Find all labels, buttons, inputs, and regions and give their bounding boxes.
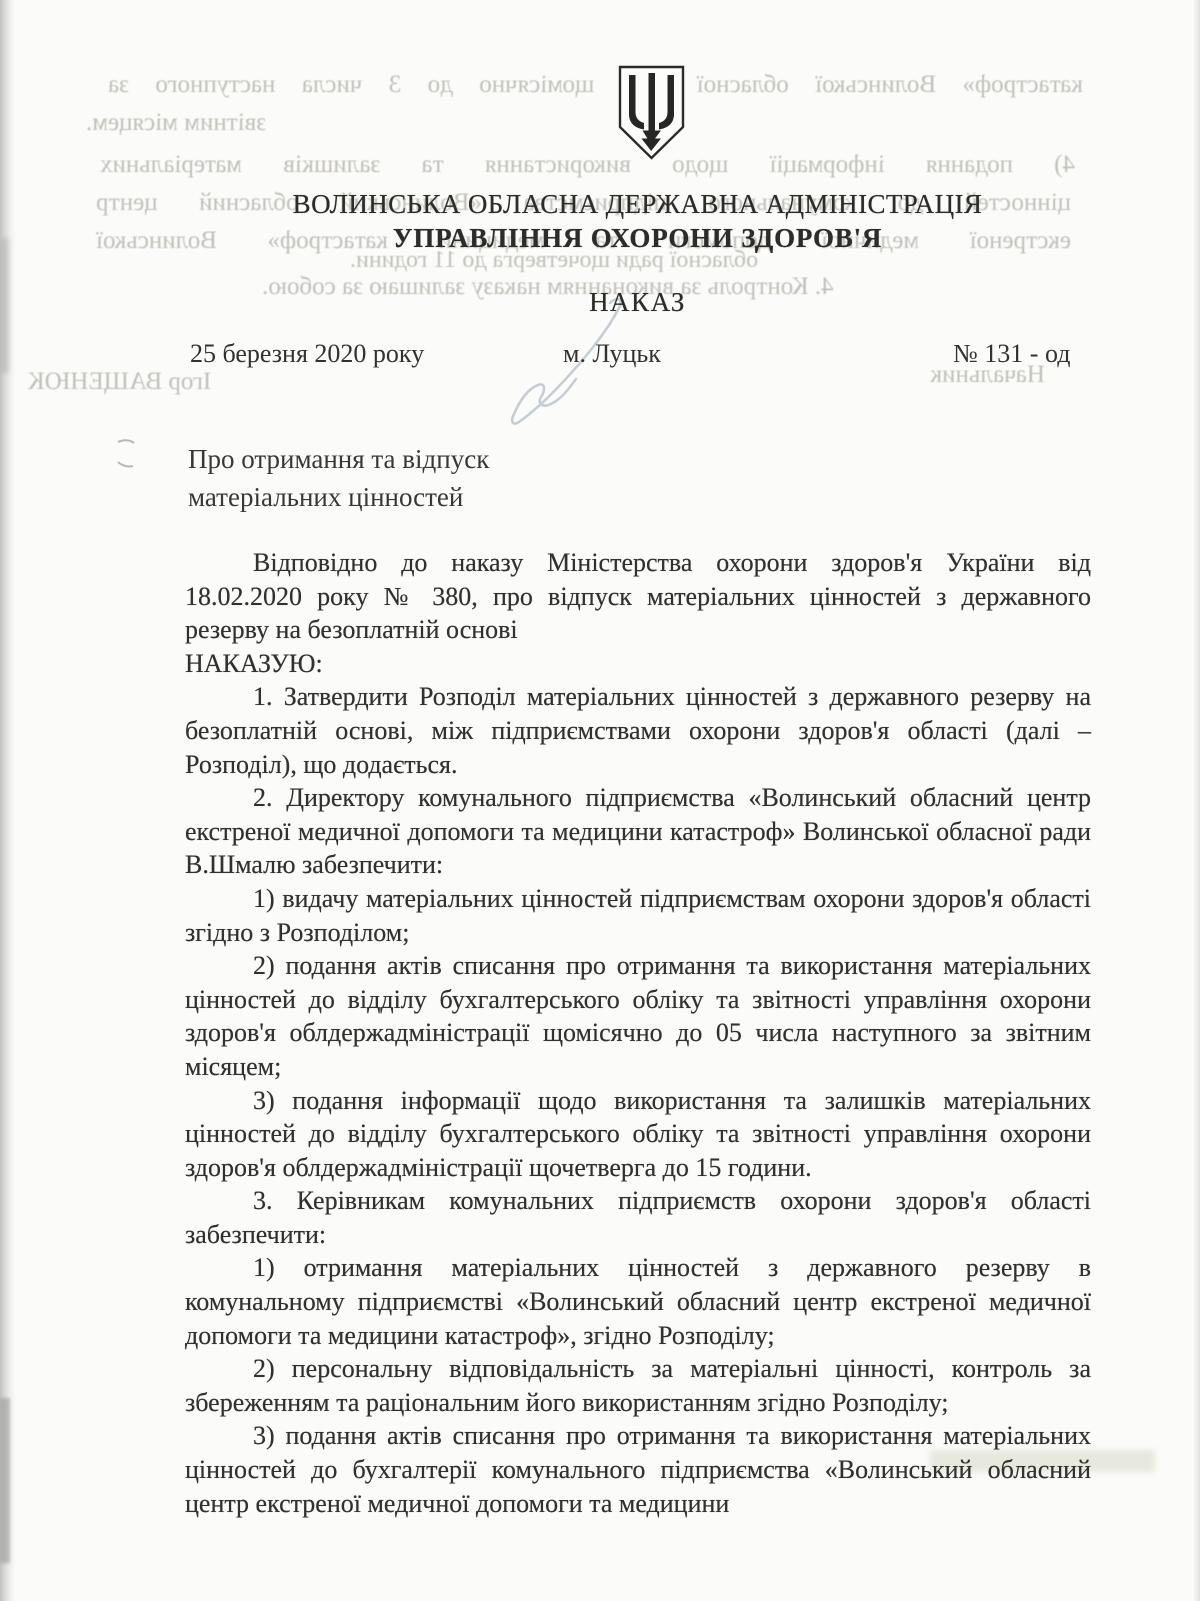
doc-meta-row: 25 березня 2020 року м. Луцьк № 131 - од	[0, 339, 1200, 373]
doc-type-title: НАКАЗ	[185, 287, 1090, 318]
doc-body: Відповідно до наказу Міністерства охорон…	[185, 546, 1091, 1520]
body-paragraph: 1) отримання матеріальних цінностей з де…	[185, 1251, 1091, 1352]
doc-number: № 131 - од	[953, 339, 1070, 369]
body-paragraph: 2. Директору комунального підприємства «…	[185, 781, 1091, 882]
doc-date: 25 березня 2020 року	[190, 339, 424, 369]
subject-line: Про отримання та відпуск	[188, 440, 489, 478]
body-paragraph: 3. Керівникам комунальних підприємств ох…	[185, 1184, 1091, 1251]
bleed-through-text: 4) подання інформації щодо використання …	[100, 150, 1075, 180]
body-paragraph: НАКАЗУЮ:	[185, 647, 1091, 681]
scan-edge-shadow	[1193, 0, 1200, 1601]
bleed-through-text: катастроф» Волинської обласної ради щомі…	[108, 70, 1083, 100]
body-paragraph: Відповідно до наказу Міністерства охорон…	[185, 546, 1091, 647]
body-paragraph: 1. Затвердити Розподіл матеріальних цінн…	[185, 680, 1091, 781]
doc-subject: Про отримання та відпуск матеріальних ці…	[188, 440, 489, 516]
org-header: ВОЛИНСЬКА ОБЛАСНА ДЕРЖАВНА АДМІНІСТРАЦІЯ…	[185, 187, 1090, 255]
subject-line: матеріальних цінностей	[188, 478, 489, 516]
doc-city: м. Луцьк	[563, 339, 661, 369]
body-paragraph: 1) видачу матеріальних цінностей підприє…	[185, 882, 1091, 949]
org-name-line1: ВОЛИНСЬКА ОБЛАСНА ДЕРЖАВНА АДМІНІСТРАЦІЯ	[185, 187, 1090, 221]
body-paragraph: 3) подання інформації щодо використання …	[185, 1084, 1091, 1185]
ukraine-trident-icon	[615, 64, 688, 162]
org-name-line2: УПРАВЛІННЯ ОХОРОНИ ЗДОРОВ'Я	[185, 221, 1090, 255]
body-paragraph: 3) подання актів списання про отримання …	[185, 1419, 1091, 1520]
bleed-through-text: звітним місяцем.	[86, 108, 266, 138]
scan-smudge	[0, 1398, 10, 1563]
body-paragraph: 2) подання актів списання про отримання …	[185, 949, 1091, 1083]
scanned-document-page: катастроф» Волинської обласної ради щомі…	[0, 0, 1200, 1601]
body-paragraph: 2) персональну відповідальність за матер…	[185, 1352, 1091, 1419]
margin-scribble	[114, 436, 140, 476]
